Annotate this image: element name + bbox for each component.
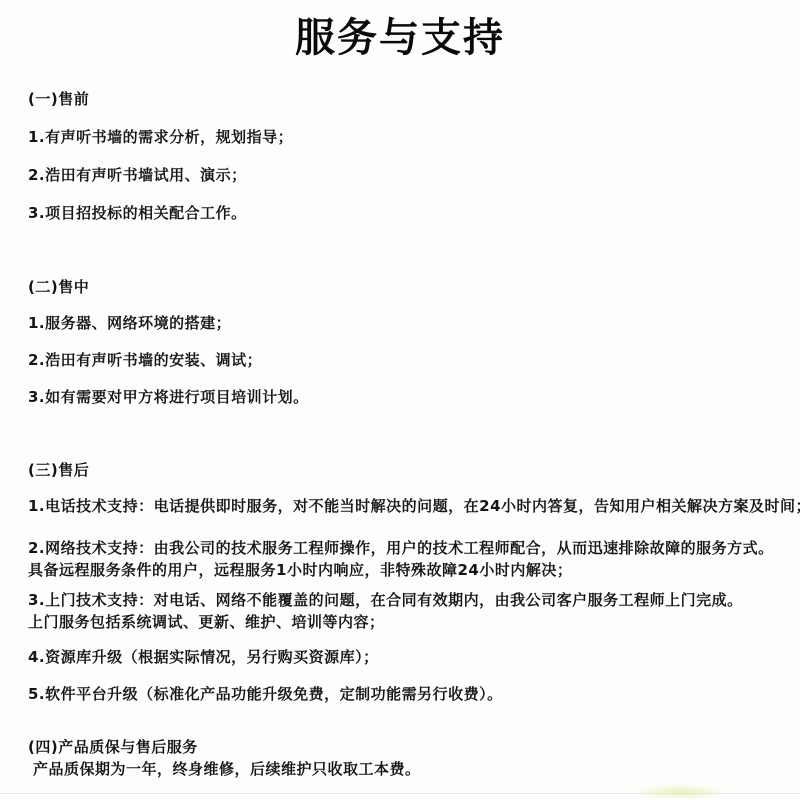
section-aftersale-item-3-line-2: 上门服务包括系统调试、更新、维护、培训等内容； [28, 612, 780, 632]
section-aftersale-item-4: 4.资源库升级（根据实际情况，另行购买资源库）； [28, 647, 780, 667]
section-aftersale-item-1: 1.电话技术支持：电话提供即时服务，对不能当时解决的问题，在24小时内答复，告知… [28, 496, 780, 516]
section-midsale-item-2: 2.浩田有声听书墙的安装、调试； [28, 350, 780, 370]
bottom-strip [0, 794, 800, 800]
section-midsale-heading: (二)售中 [28, 277, 780, 297]
section-midsale-item-3: 3.如有需要对甲方将进行项目培训计划。 [28, 387, 780, 407]
section-warranty-heading: (四)产品质保与售后服务 [28, 737, 780, 757]
section-presale-heading: (一)售前 [28, 89, 780, 109]
section-midsale-item-1: 1.服务器、网络环境的搭建； [28, 313, 780, 333]
document-page: 服务与支持 (一)售前 1.有声听书墙的需求分析，规划指导； 2.浩田有声听书墙… [0, 0, 800, 800]
section-aftersale-item-5: 5.软件平台升级（标准化产品功能升级免费，定制功能需另行收费）。 [28, 684, 780, 704]
page-title: 服务与支持 [0, 14, 800, 62]
section-warranty-body: 产品质保期为一年，终身维修，后续维护只收取工本费。 [33, 759, 785, 779]
section-presale-item-2: 2.浩田有声听书墙试用、演示； [28, 165, 780, 185]
section-presale-item-3: 3.项目招投标的相关配合工作。 [28, 203, 780, 223]
section-aftersale-item-2-line-2: 具备远程服务条件的用户，远程服务1小时内响应，非特殊故障24小时内解决； [28, 560, 780, 580]
section-aftersale-heading: (三)售后 [28, 460, 780, 480]
section-presale-item-1: 1.有声听书墙的需求分析，规划指导； [28, 127, 780, 147]
section-aftersale-item-3-line-1: 3.上门技术支持：对电话、网络不能覆盖的问题，在合同有效期内，由我公司客户服务工… [28, 590, 780, 610]
section-aftersale-item-2-line-1: 2.网络技术支持：由我公司的技术服务工程师操作，用户的技术工程师配合，从而迅速排… [28, 538, 780, 558]
